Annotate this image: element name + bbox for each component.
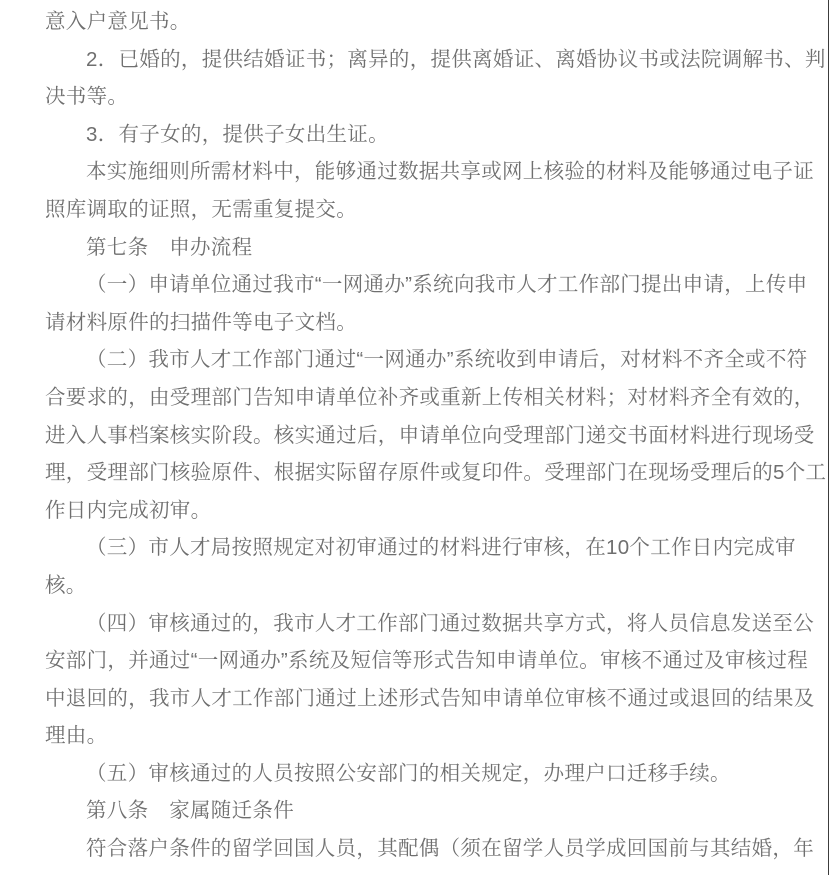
page-right-border — [828, 0, 829, 875]
text-line: 3．有子女的，提供子女出生证。 — [45, 116, 805, 154]
document-lines: 意入户意见书。2．已婚的，提供结婚证书；离异的，提供离婚证、离婚协议书或法院调解… — [45, 3, 805, 868]
text-line: 意入户意见书。 — [45, 3, 805, 41]
text-line: 核。 — [45, 567, 805, 605]
text-line: 符合落户条件的留学回国人员，其配偶（须在留学人员学成回国前与其结婚，年 — [45, 830, 805, 868]
text-line: （五）审核通过的人员按照公安部门的相关规定，办理户口迁移手续。 — [45, 755, 805, 793]
text-line: 第八条 家属随迁条件 — [45, 792, 805, 830]
text-line: 合要求的，由受理部门告知申请单位补齐或重新上传相关材料；对材料齐全有效的， — [45, 379, 805, 417]
text-line: 安部门，并通过“一网通办”系统及短信等形式告知申请单位。审核不通过及审核过程 — [45, 642, 805, 680]
text-line: 理，受理部门核验原件、根据实际留存原件或复印件。受理部门在现场受理后的5个工 — [45, 454, 805, 492]
text-line: 作日内完成初审。 — [45, 492, 805, 530]
text-line: 决书等。 — [45, 78, 805, 116]
text-line: （四）审核通过的，我市人才工作部门通过数据共享方式，将人员信息发送至公 — [45, 605, 805, 643]
text-line: 2．已婚的，提供结婚证书；离异的，提供离婚证、离婚协议书或法院调解书、判 — [45, 41, 805, 79]
text-line: （二）我市人才工作部门通过“一网通办”系统收到申请后，对材料不齐全或不符 — [45, 341, 805, 379]
text-line: 照库调取的证照，无需重复提交。 — [45, 191, 805, 229]
text-line: 第七条 申办流程 — [45, 229, 805, 267]
text-line: （三）市人才局按照规定对初审通过的材料进行审核，在10个工作日内完成审 — [45, 529, 805, 567]
text-line: 理由。 — [45, 717, 805, 755]
text-line: 进入人事档案核实阶段。核实通过后，申请单位向受理部门递交书面材料进行现场受 — [45, 417, 805, 455]
text-line: 中退回的，我市人才工作部门通过上述形式告知申请单位审核不通过或退回的结果及 — [45, 680, 805, 718]
text-line: 请材料原件的扫描件等电子文档。 — [45, 304, 805, 342]
document-page: 意入户意见书。2．已婚的，提供结婚证书；离异的，提供离婚证、离婚协议书或法院调解… — [0, 0, 831, 875]
text-line: 本实施细则所需材料中，能够通过数据共享或网上核验的材料及能够通过电子证 — [45, 153, 805, 191]
text-line: （一）申请单位通过我市“一网通办”系统向我市人才工作部门提出申请，上传申 — [45, 266, 805, 304]
